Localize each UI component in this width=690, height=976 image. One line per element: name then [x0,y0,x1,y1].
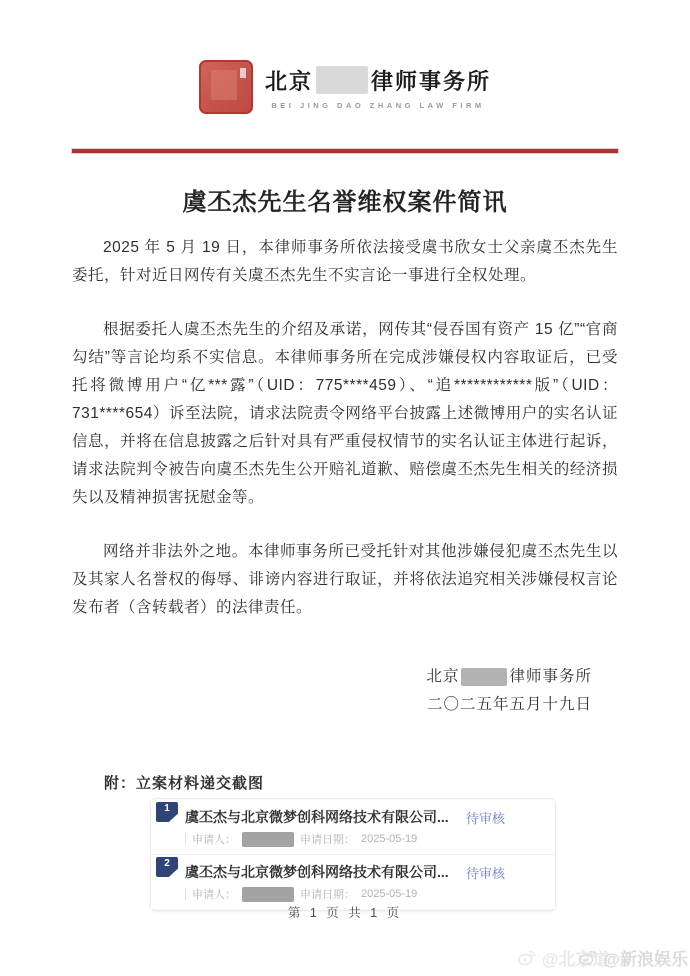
filing-case-title: 虞丕杰与北京微梦创科网络技术有限公司... [185,862,466,882]
filing-case-title: 虞丕杰与北京微梦创科网络技术有限公司... [185,807,466,827]
index-badge: 2 [156,857,178,877]
paragraph-2: 根据委托人虞丕杰先生的介绍及承诺，网传其“侵吞国有资产 15 亿”“官商勾结”等… [72,316,618,512]
divider [185,833,186,845]
weibo-icon [575,947,601,969]
document-page: 北京 律师事务所 BEI JING DAO ZHANG LAW FIRM 虞丕杰… [0,0,690,976]
signature-firm: 北京 律师事务所 [72,663,592,691]
signature-firm-prefix: 北京 [426,663,459,691]
applicant-label: 申请人： [192,886,236,902]
attachment-label: 附：立案材料递交截图 [104,772,264,793]
watermark-item: @新浪娱乐 [575,945,688,970]
apply-date-label: 申请日期： [300,831,355,847]
filing-list-item: 2 虞丕杰与北京微梦创科网络技术有限公司... 待审核 申请人： 申请日期： 2… [151,854,555,909]
divider [185,888,186,900]
censor-blur-box [316,66,368,94]
apply-date-label: 申请日期： [300,886,355,902]
paragraph-1: 2025 年 5 月 19 日，本律师事务所依法接受虞书欣女士父亲虞丕杰先生委托… [72,234,618,290]
filing-row-main: 虞丕杰与北京微梦创科网络技术有限公司... 待审核 [185,807,543,827]
red-divider-line [72,149,618,153]
filing-row-sub: 申请人： 申请日期： 2025-05-19 [185,886,543,902]
watermark-area: @北京道 @新浪娱乐 [514,945,688,970]
watermark-text: @新浪娱乐 [603,945,688,970]
censor-blur-box [242,887,294,902]
firm-name-prefix: 北京 [265,65,313,96]
applicant-label: 申请人： [192,831,236,847]
firm-name-block: 北京 律师事务所 BEI JING DAO ZHANG LAW FIRM [265,65,491,110]
paragraph-3: 网络并非法外之地。本律师事务所已受托针对其他涉嫌侵犯虞丕杰先生以及其家人名誉权的… [72,538,618,622]
filing-list-item: 1 虞丕杰与北京微梦创科网络技术有限公司... 待审核 申请人： 申请日期： 2… [151,800,555,854]
document-body: 2025 年 5 月 19 日，本律师事务所依法接受虞书欣女士父亲虞丕杰先生委托… [72,234,618,622]
weibo-icon [514,947,540,969]
firm-name-en: BEI JING DAO ZHANG LAW FIRM [271,101,484,110]
signature-firm-suffix: 律师事务所 [509,663,592,691]
signature-block: 北京 律师事务所 二〇二五年五月十九日 [72,663,618,719]
firm-name-cn: 北京 律师事务所 [265,65,491,96]
apply-date-value: 2025-05-19 [361,888,417,900]
filing-screenshot-card: 1 虞丕杰与北京微梦创科网络技术有限公司... 待审核 申请人： 申请日期： 2… [150,798,556,911]
firm-name-suffix: 律师事务所 [371,65,491,96]
document-title: 虞丕杰先生名誉维权案件简讯 [0,182,690,217]
page-number: 第 1 页 共 1 页 [0,903,690,921]
censor-blur-box [242,832,294,847]
letterhead: 北京 律师事务所 BEI JING DAO ZHANG LAW FIRM [0,60,690,114]
status-badge: 待审核 [466,808,505,827]
law-firm-seal-icon [199,60,253,114]
index-badge: 1 [156,802,178,822]
signature-date: 二〇二五年五月十九日 [72,691,592,719]
filing-row-main: 虞丕杰与北京微梦创科网络技术有限公司... 待审核 [185,862,543,882]
censor-blur-box [461,668,507,686]
filing-row-sub: 申请人： 申请日期： 2025-05-19 [185,831,543,847]
status-badge: 待审核 [466,863,505,882]
apply-date-value: 2025-05-19 [361,833,417,845]
